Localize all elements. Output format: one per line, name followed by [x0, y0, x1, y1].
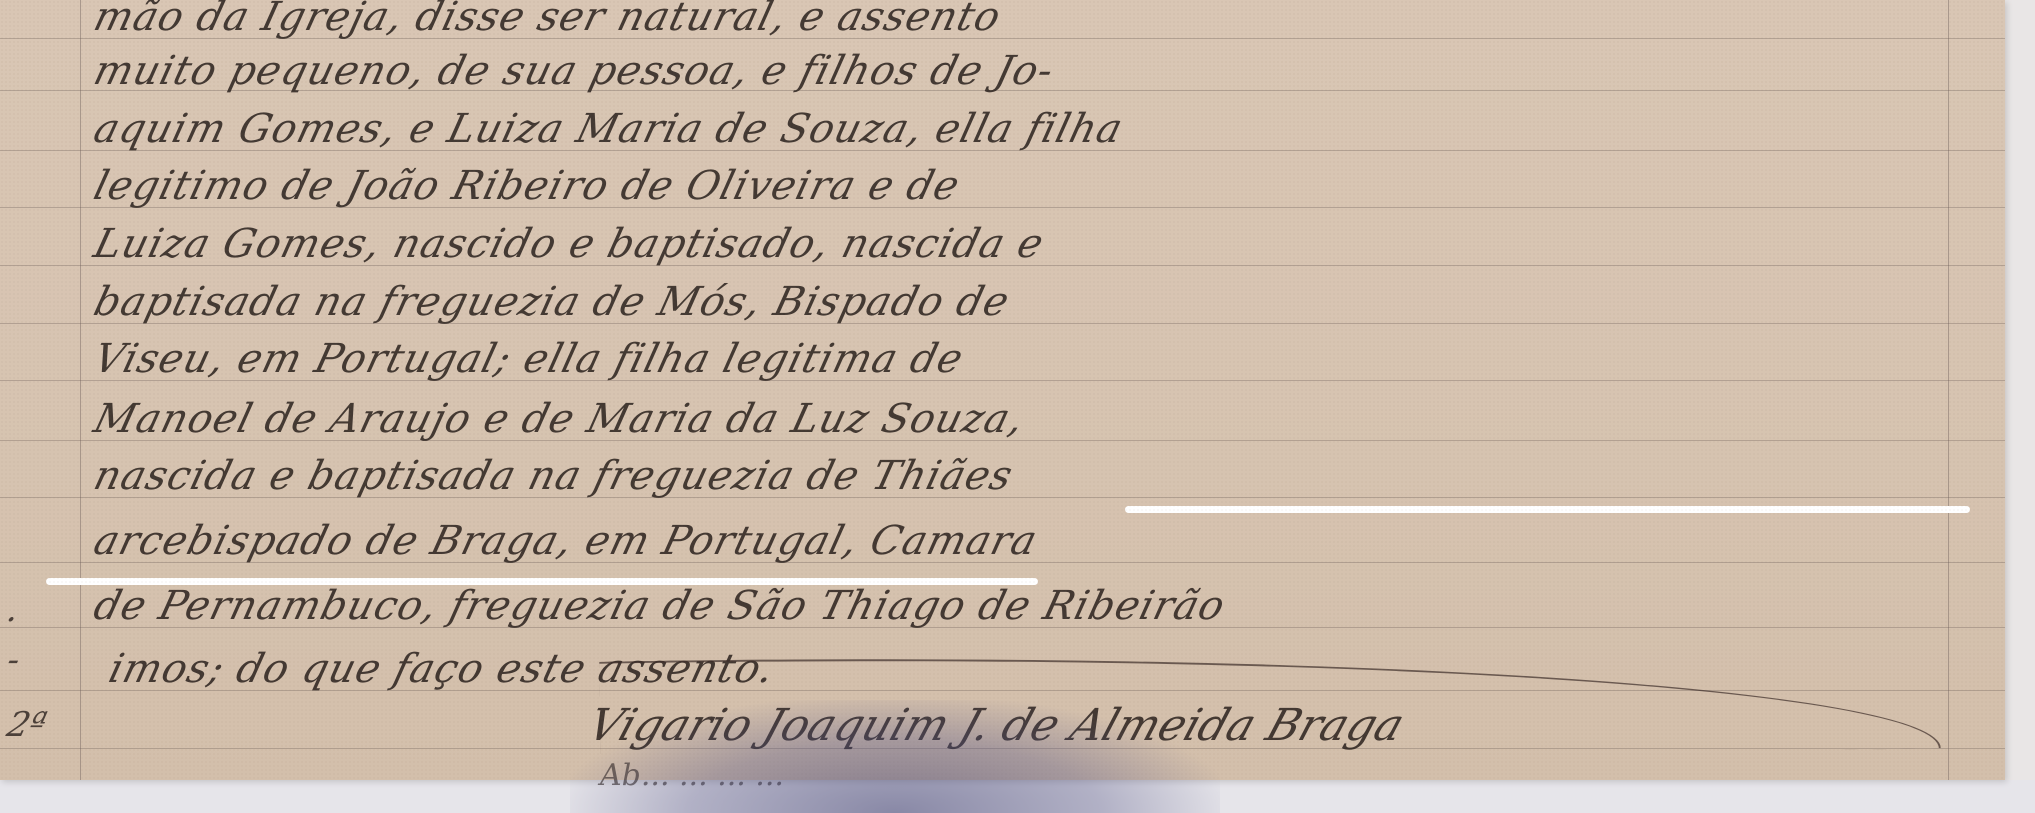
- highlight-underline-1: [1125, 506, 1970, 513]
- partial-bottom-text: Ab... ... ... ...: [600, 758, 784, 793]
- text-line-11: de Pernambuco, freguezia de São Thiago d…: [89, 583, 1980, 629]
- text-line-8: Manoel de Araujo e de Maria da Luz Souza…: [89, 396, 1980, 442]
- paper-sheet: mão da Igreja, disse ser natural, e asse…: [0, 0, 2005, 780]
- text-line-7: Viseu, em Portugal; ella filha legitima …: [89, 336, 1980, 382]
- document-photo: mão da Igreja, disse ser natural, e asse…: [0, 0, 2035, 813]
- table-surface: [0, 780, 2035, 813]
- left-margin-line: [80, 0, 81, 780]
- text-line-2: muito pequeno, de sua pessoa, e filhos d…: [89, 48, 1980, 94]
- text-line-1: mão da Igreja, disse ser natural, e asse…: [89, 0, 1980, 40]
- signature: Vigario Joaquim J. de Almeida Braga: [582, 700, 1411, 751]
- highlight-underline-2: [46, 578, 1038, 585]
- margin-mark-dot: .: [3, 590, 24, 630]
- text-line-6: baptisada na freguezia de Mós, Bispado d…: [89, 279, 1980, 325]
- text-line-5: Luiza Gomes, nascido e baptisado, nascid…: [89, 221, 1980, 267]
- text-line-4: legitimo de João Ribeiro de Oliveira e d…: [89, 163, 1980, 209]
- text-line-10: arcebispado de Braga, em Portugal, Camar…: [89, 518, 1980, 564]
- text-line-3: aquim Gomes, e Luiza Maria de Souza, ell…: [89, 106, 1980, 152]
- margin-mark-note: 2ª: [3, 705, 51, 745]
- margin-mark-dash: -: [3, 640, 24, 680]
- text-line-9: nascida e baptisada na freguezia de Thiã…: [89, 453, 1980, 499]
